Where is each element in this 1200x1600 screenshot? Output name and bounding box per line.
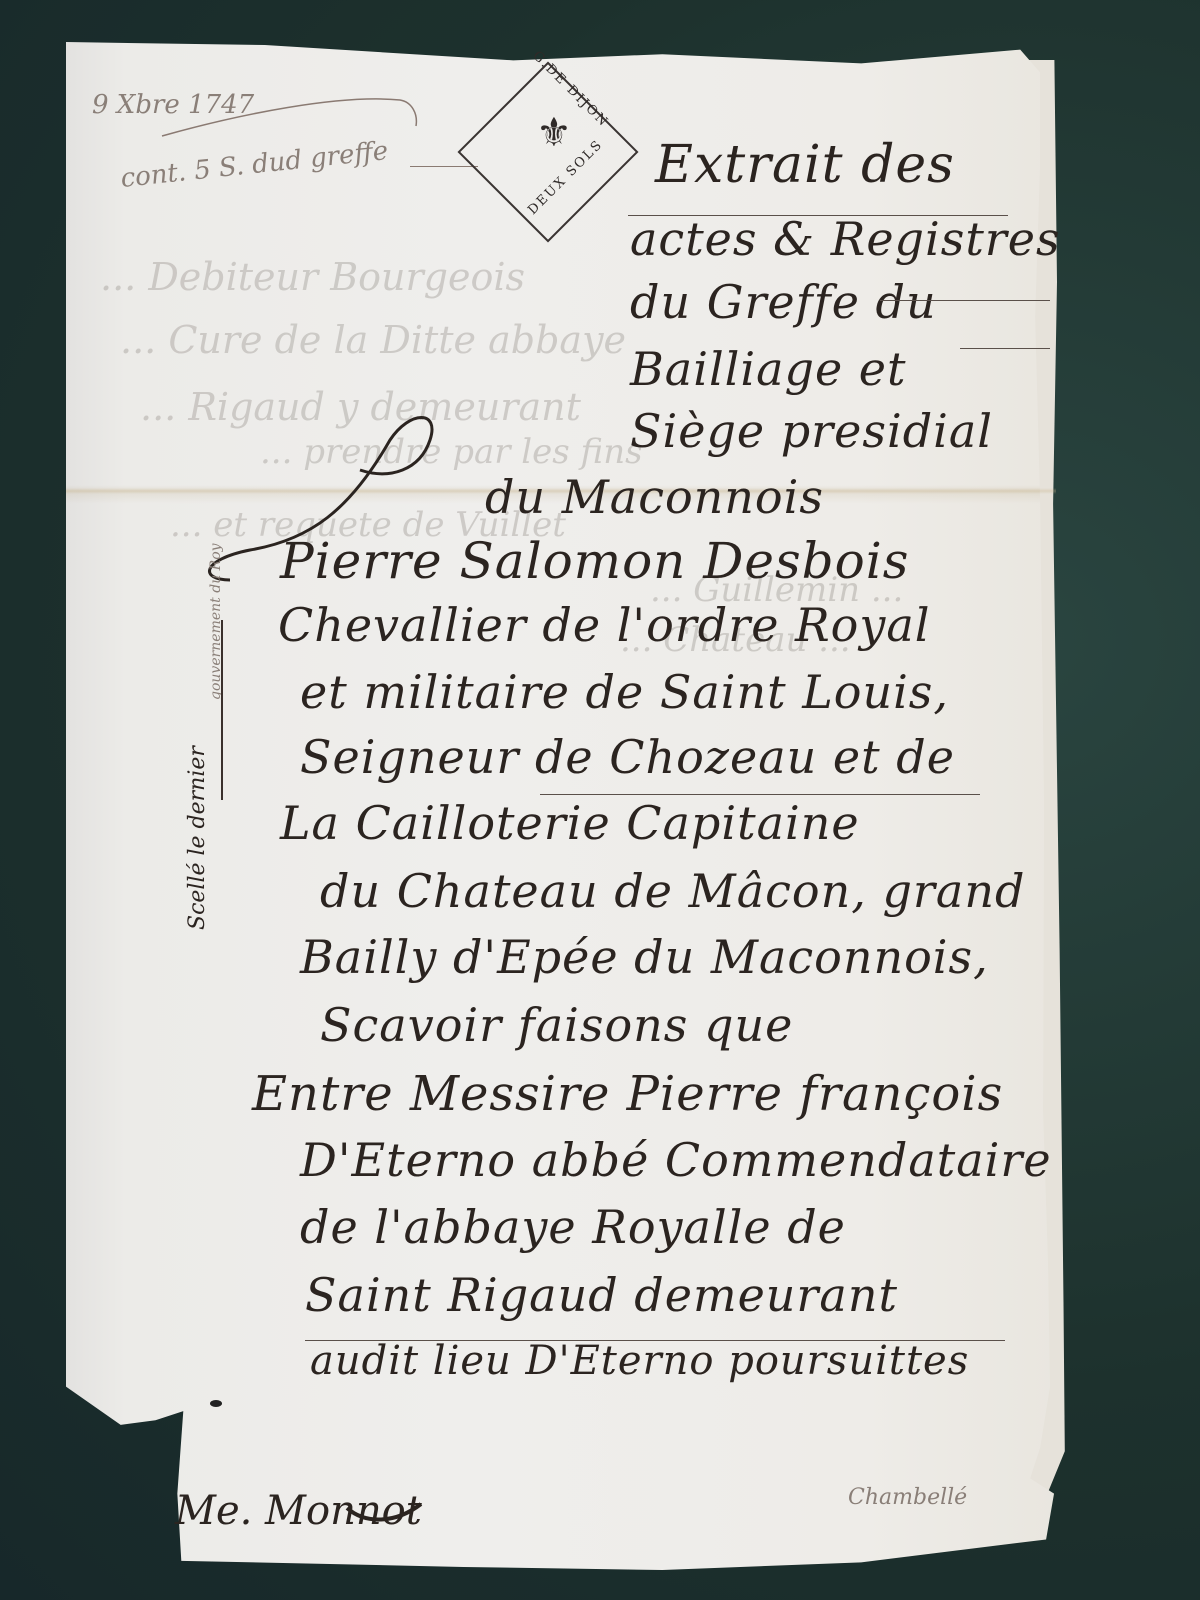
ruled-line (880, 300, 1050, 301)
body-line: actes & Registres (630, 212, 1061, 266)
bleed-through-line: ... Cure de la Ditte abbaye (120, 318, 626, 362)
bleed-through-line: ... prendre par les fins (260, 432, 643, 472)
body-line: Bailliage et (630, 342, 907, 396)
attorney-name-left: Me. Monnot (175, 1488, 422, 1534)
body-line-name: Pierre Salomon Desbois (280, 532, 909, 590)
bleed-through-line: ... Rigaud y demeurant (140, 385, 581, 429)
body-line: Siège presidial (630, 404, 993, 458)
body-line: Scavoir faisons que (320, 998, 793, 1052)
body-line: du Maconnois (485, 470, 824, 524)
body-line: audit lieu D'Eterno poursuittes (310, 1338, 969, 1384)
bleed-through-line: ... Debiteur Bourgeois (100, 255, 525, 299)
body-line: La Cailloterie Capitaine (280, 796, 860, 850)
body-line: Chevallier de l'ordre Royal (278, 598, 931, 652)
heading-line: Extrait des (655, 135, 955, 195)
margin-vertical-stroke (221, 620, 223, 800)
ruled-line (628, 215, 1008, 216)
body-line: Entre Messire Pierre françois (252, 1066, 1003, 1122)
body-line: du Chateau de Mâcon, grand (320, 864, 1025, 918)
margin-date: 9 Xbre 1747 (92, 90, 254, 120)
fleur-de-lis-icon: ⚜ (536, 110, 572, 156)
ruled-line (960, 348, 1050, 349)
body-line: du Greffe du (630, 275, 937, 329)
paper-hole (210, 1400, 222, 1407)
body-line: et militaire de Saint Louis, (300, 665, 949, 719)
body-line: Saint Rigaud demeurant (305, 1268, 898, 1322)
fee-rule (410, 166, 478, 167)
ruled-line (540, 794, 980, 795)
body-line: Seigneur de Chozeau et de (300, 730, 955, 784)
vertical-margin-note: Scellé le dernier (185, 746, 210, 930)
body-line: de l'abbaye Royalle de (300, 1200, 846, 1254)
attorney-name-right: Chambellé (848, 1485, 967, 1510)
body-line: Bailly d'Epée du Maconnois, (300, 930, 989, 984)
body-line: D'Eterno abbé Commendataire (300, 1133, 1052, 1187)
